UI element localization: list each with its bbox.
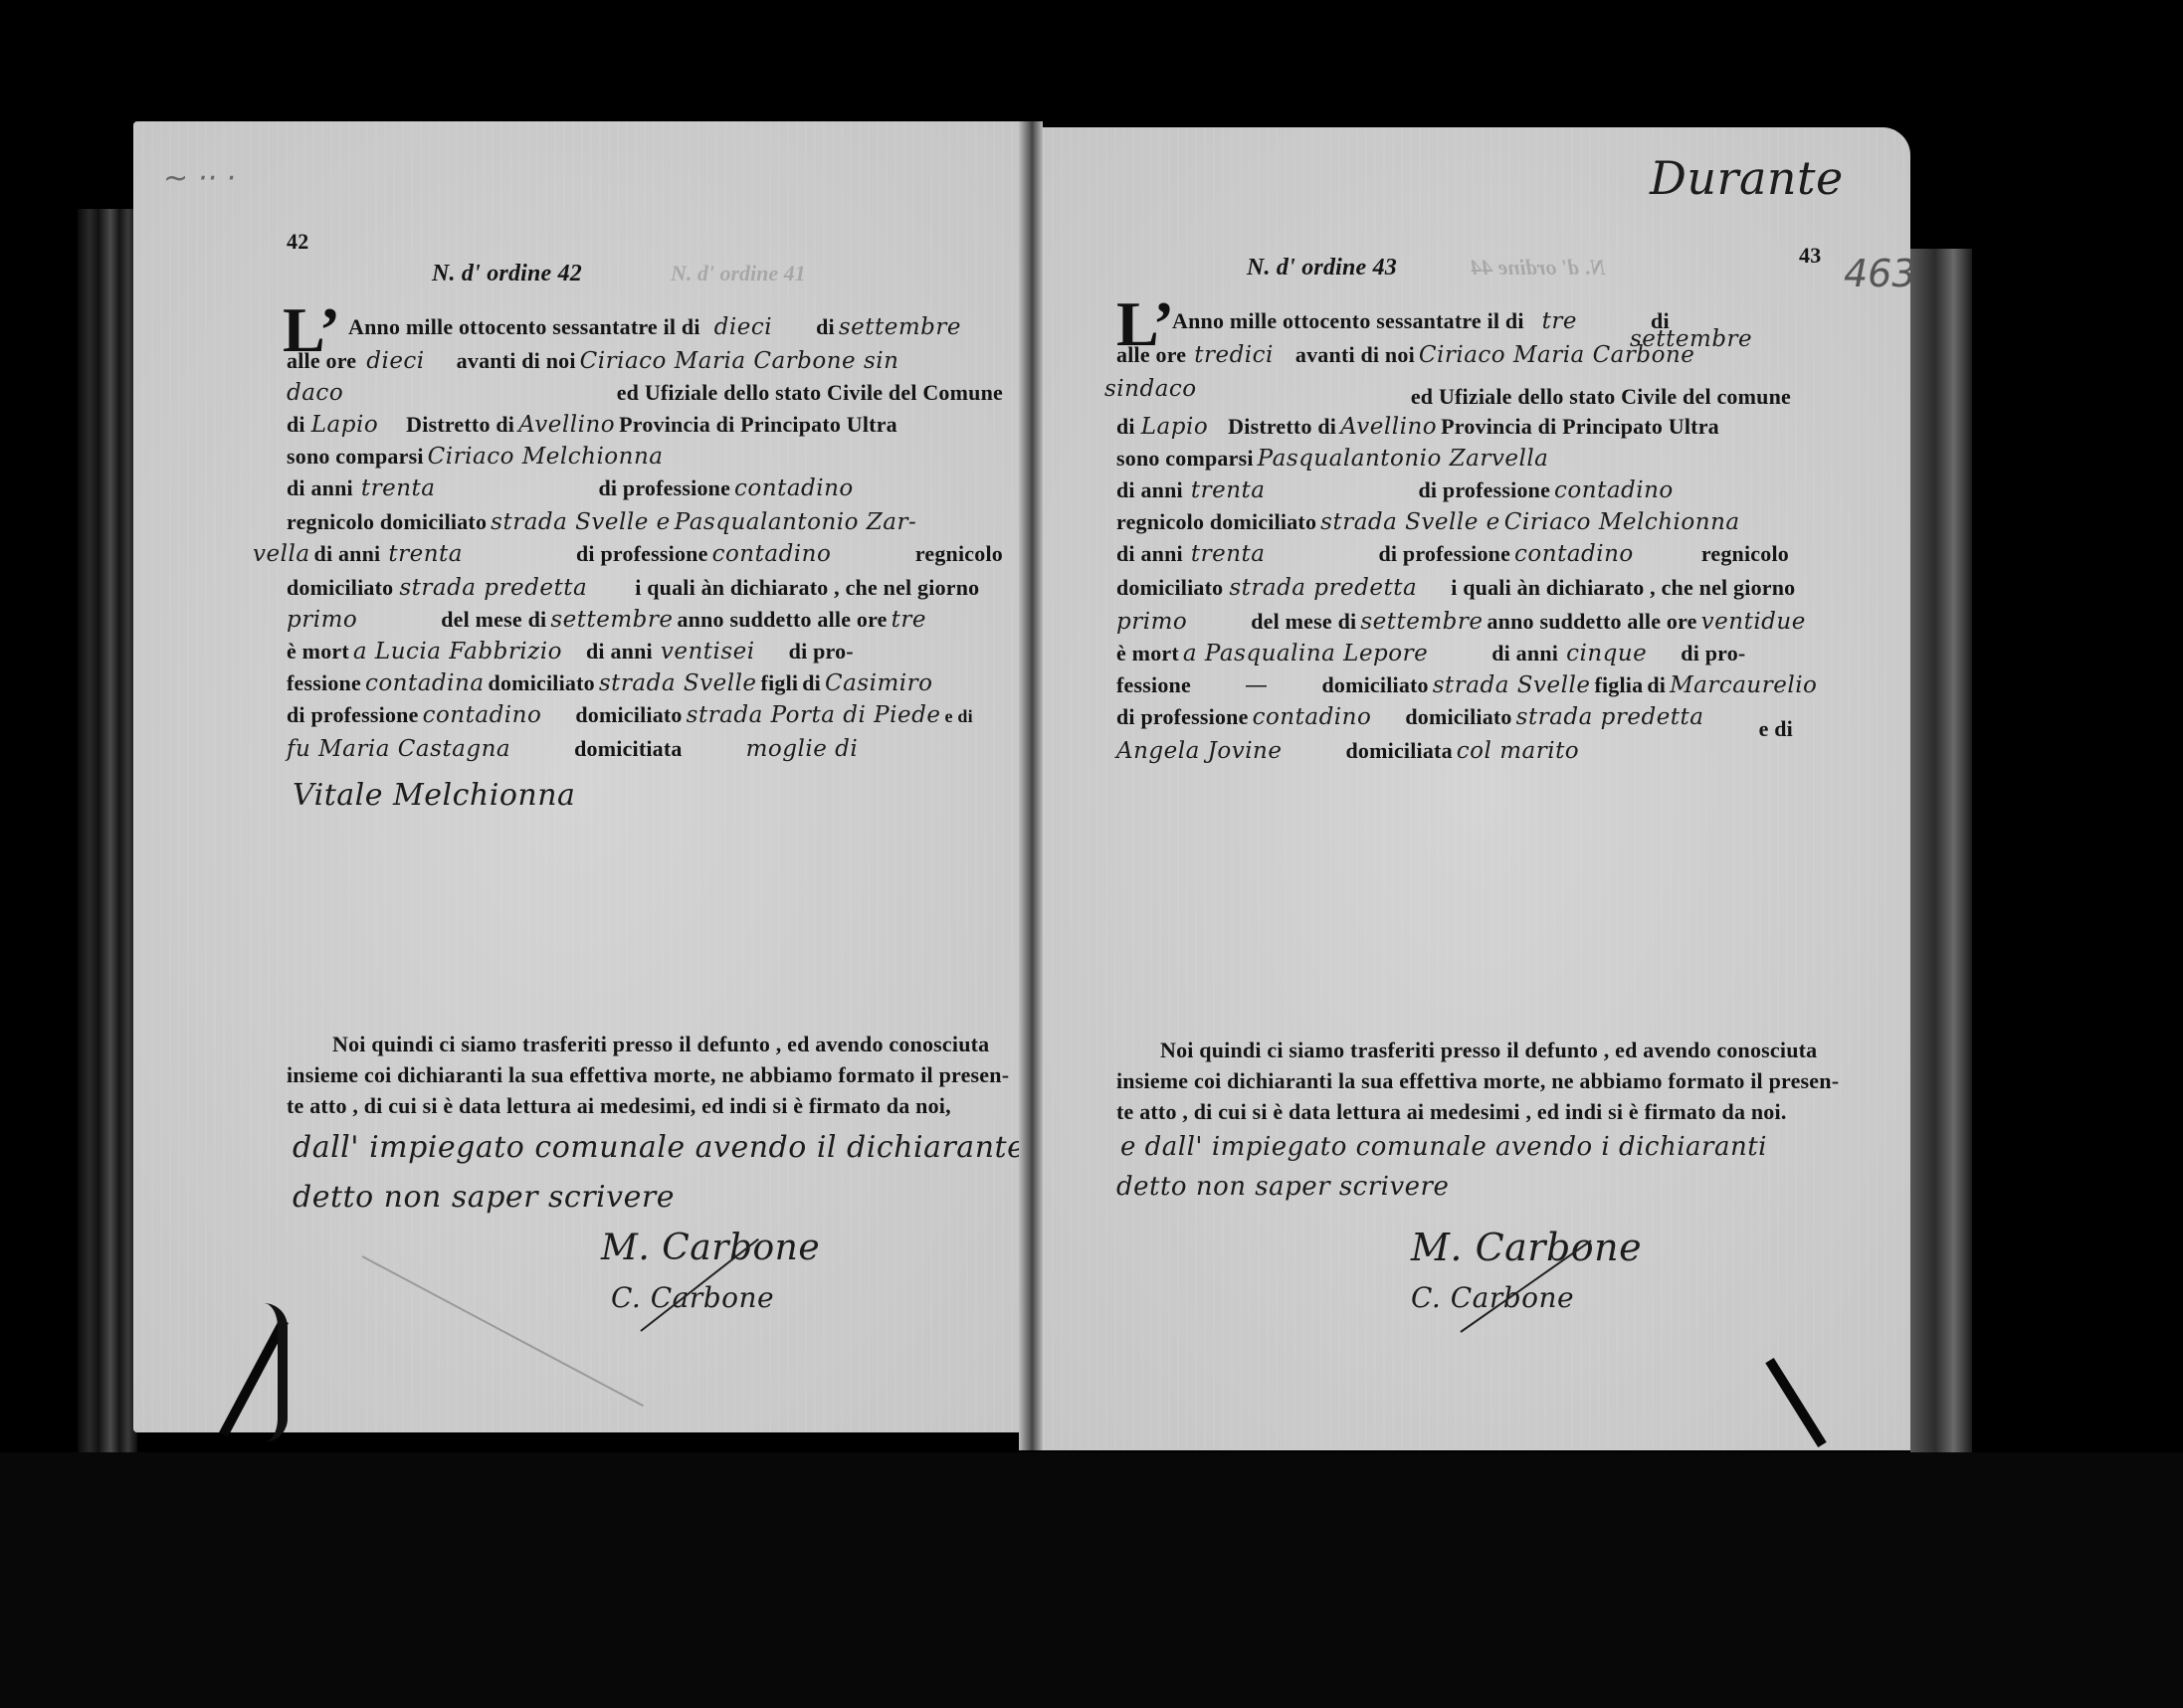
closing-handwritten-line: detto non saper scrivere [293, 1180, 675, 1215]
record-line: di anni trenta di professione contadino … [1116, 541, 1789, 567]
page-number: 42 [287, 229, 308, 255]
record-line: sindaco ed Ufiziale dello stato Civile d… [1104, 376, 1791, 402]
scan-background-bottom [0, 1452, 2183, 1708]
ordine-label: N. d' ordine 43 [1247, 255, 1397, 282]
bookmark-ribbon-left-loop [264, 1303, 288, 1442]
record-line: regnicolo domiciliato strada Svelle e Pa… [287, 509, 916, 535]
record-line: è mort a Lucia Fabbrizio di anni ventise… [287, 639, 854, 664]
record-line: daco ed Ufiziale dello stato Civile del … [287, 380, 1003, 406]
record-line: fessione contadina domiciliato strada Sv… [287, 670, 932, 696]
signature-registrar: M. Carbone [1411, 1226, 1642, 1269]
corner-pencil-mark: ~ ·· · [163, 161, 236, 196]
record-line: di anni trenta di professione contadino [1116, 477, 1674, 503]
closing-printed-line: te atto , di cui si è data lettura ai me… [287, 1093, 951, 1119]
record-line: primo del mese di settembre anno suddett… [287, 607, 926, 633]
page-number: 43 [1799, 243, 1821, 269]
record-line: domiciliato strada predetta i quali àn d… [1116, 575, 1795, 601]
closing-printed-line: Noi quindi ci siamo trasferiti presso il… [1160, 1038, 1817, 1063]
record-line: è mort a Pasqualina Lepore di anni cinqu… [1116, 641, 1745, 666]
closing-printed-line: insieme coi dichiaranti la sua effettiva… [1116, 1068, 1839, 1094]
signature-registrar: M. Carbone [601, 1228, 820, 1268]
ordine-label: N. d' ordine 42 [432, 261, 582, 287]
book-edge-right [1910, 249, 1972, 1462]
record-line: sono comparsi Pasqualantonio Zarvella [1116, 446, 1548, 472]
closing-handwritten-line: detto non saper scrivere [1116, 1172, 1449, 1202]
record-line: domiciliato strada predetta i quali àn d… [287, 575, 979, 601]
record-line: di Lapio Distretto di Avellino Provincia… [287, 412, 897, 438]
record-line: fu Maria Castagna domicitiata moglie di [287, 736, 858, 762]
closing-printed-line: te atto , di cui si è data lettura ai me… [1116, 1099, 1787, 1125]
record-line: di professione contadino domiciliato str… [287, 702, 973, 728]
top-signature: Durante [1650, 151, 1844, 205]
bleed-through-text: N. d' ordine 44 [1471, 255, 1606, 281]
right-page: Durante 43 463 N. d' ordine 43 N. d' ord… [1043, 127, 1910, 1450]
signature-secretary: C. Carbone [611, 1281, 774, 1314]
pencil-folio-number: 463 [1844, 252, 1916, 295]
record-line: Angela Jovine domiciliata col marito [1116, 738, 1579, 764]
record-line: fessione — domiciliato strada Svelle fig… [1116, 672, 1817, 698]
record-line: Anno mille ottocento sessantatre il di t… [1172, 308, 1670, 334]
faint-pencil-stroke [362, 1255, 644, 1407]
left-page: ~ ·· · 42 N. d' ordine 42 N. d' ordine 4… [133, 121, 1019, 1432]
record-line: di professione contadino domiciliato str… [1116, 704, 1793, 730]
closing-printed-line: insieme coi dichiaranti la sua effettiva… [287, 1062, 1009, 1088]
book-spine-left [78, 209, 137, 1452]
closing-handwritten-line: dall' impiegato comunale avendo il dichi… [293, 1130, 1025, 1165]
book-gutter [1019, 121, 1043, 1450]
record-line: regnicolo domiciliato strada Svelle e Ci… [1116, 509, 1740, 535]
record-line: primo del mese di settembre anno suddett… [1116, 609, 1806, 635]
record-line: Vitale Melchionna [293, 778, 575, 813]
record-line: sono comparsi Ciriaco Melchionna [287, 444, 663, 470]
closing-handwritten-line: e dall' impiegato comunale avendo i dich… [1120, 1132, 1767, 1162]
bleed-through-text: N. d' ordine 41 [671, 261, 806, 286]
record-line: vella di anni trenta di professione cont… [253, 541, 1003, 567]
closing-printed-line: Noi quindi ci siamo trasferiti presso il… [332, 1032, 989, 1057]
record-line: alle ore dieci avanti di noi Ciriaco Mar… [287, 348, 898, 374]
record-line: di Lapio Distretto di Avellino Provincia… [1116, 414, 1719, 440]
record-line: Anno mille ottocento sessantatre il di d… [348, 314, 961, 340]
record-line: di anni trenta di professione contadino [287, 475, 854, 501]
record-line: alle ore tredici avanti di noi Ciriaco M… [1116, 342, 1694, 368]
